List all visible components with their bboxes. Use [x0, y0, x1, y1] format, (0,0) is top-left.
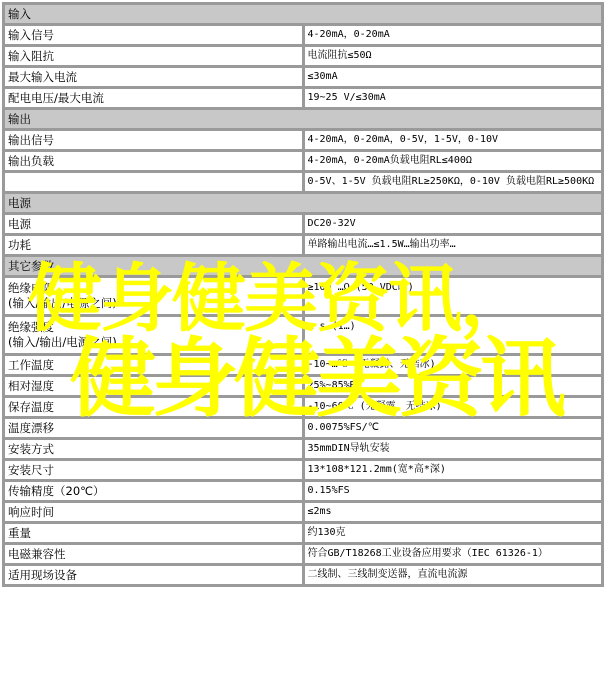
table-row: 输入阻抗 电流阻抗≤50Ω [4, 46, 603, 67]
table-row: 工作温度 -10~…℃ (无凝露、无结冰) [4, 355, 603, 376]
table-row: 绝缘电阻 (输入/输出/电源之间) ≥100 …Ω (50 VDC时) [4, 277, 603, 316]
section-header-power: 电源 [4, 193, 603, 214]
section-title: 其它参数 [4, 256, 603, 277]
table-row: 输出负载 4-20mA，0-20mA负载电阻RL≤400Ω [4, 151, 603, 172]
row-value-occluded: ≥100 …Ω (50 VDC时) [303, 277, 603, 316]
row-value-occluded: … s (1…) [303, 316, 603, 355]
section-header-input: 输入 [4, 4, 603, 25]
row-value: 4-20mA，0-20mA，0-5V，1-5V，0-10V [303, 130, 603, 151]
table-row: 电源 DC20-32V [4, 214, 603, 235]
row-label: 保存温度 [4, 397, 304, 418]
table-row: 输出信号 4-20mA，0-20mA，0-5V，1-5V，0-10V [4, 130, 603, 151]
section-header-output: 输出 [4, 109, 603, 130]
table-row: 响应时间 ≤2ms [4, 502, 603, 523]
row-label: 传输精度（20℃） [4, 481, 304, 502]
table-row: 电磁兼容性 符合GB/T18268工业设备应用要求（IEC 61326-1） [4, 544, 603, 565]
row-value: 19~25 V/≤30mA [303, 88, 603, 109]
table-row: 相对湿度 25%~85%RH [4, 376, 603, 397]
table-row: 安装方式 35mmDIN导轨安装 [4, 439, 603, 460]
table-row: 最大输入电流 ≤30mA [4, 67, 603, 88]
table-row: 重量 约130克 [4, 523, 603, 544]
row-label: 功耗 [4, 235, 304, 256]
row-label-line2: (输入/输出/电源之间) [8, 335, 299, 350]
row-value: 13*108*121.2mm(宽*高*深) [303, 460, 603, 481]
row-value: 符合GB/T18268工业设备应用要求（IEC 61326-1） [303, 544, 603, 565]
row-label: 响应时间 [4, 502, 304, 523]
row-label: 电磁兼容性 [4, 544, 304, 565]
section-title: 输入 [4, 4, 603, 25]
table-row: 安装尺寸 13*108*121.2mm(宽*高*深) [4, 460, 603, 481]
row-value: 电流阻抗≤50Ω [303, 46, 603, 67]
table-row: 输入信号 4-20mA，0-20mA [4, 25, 603, 46]
row-label: 安装方式 [4, 439, 304, 460]
spec-table: 输入 输入信号 4-20mA，0-20mA 输入阻抗 电流阻抗≤50Ω 最大输入… [2, 2, 604, 587]
row-label-line1: 绝缘电阻 [8, 281, 299, 296]
row-label: 温度漂移 [4, 418, 304, 439]
row-value: 35mmDIN导轨安装 [303, 439, 603, 460]
table-row: 适用现场设备 二线制、三线制变送器，直流电流源 [4, 565, 603, 586]
row-value: 4-20mA，0-20mA [303, 25, 603, 46]
table-row: 功耗 单路输出电流…≤1.5W…输出功率… [4, 235, 603, 256]
row-value: 0.15%FS [303, 481, 603, 502]
table-row: 绝缘强度 (输入/输出/电源之间) … s (1…) [4, 316, 603, 355]
row-value: 25%~85%RH [303, 376, 603, 397]
row-value: DC20-32V [303, 214, 603, 235]
row-value-occluded: -10~…℃ (无凝露、无结冰) [303, 355, 603, 376]
row-label: 绝缘电阻 (输入/输出/电源之间) [4, 277, 304, 316]
row-label: 输出负载 [4, 151, 304, 172]
row-label-line1: 绝缘强度 [8, 320, 299, 335]
section-title: 电源 [4, 193, 603, 214]
row-label [4, 172, 304, 193]
row-label: 相对湿度 [4, 376, 304, 397]
row-label-line2: (输入/输出/电源之间) [8, 296, 299, 311]
table-row: 温度漂移 0.0075%FS/℃ [4, 418, 603, 439]
section-header-other: 其它参数 [4, 256, 603, 277]
row-label: 工作温度 [4, 355, 304, 376]
row-label: 安装尺寸 [4, 460, 304, 481]
table-row: 0-5V、1-5V 负载电阻RL≥250KΩ，0-10V 负载电阻RL≥500K… [4, 172, 603, 193]
row-label: 输出信号 [4, 130, 304, 151]
row-label: 重量 [4, 523, 304, 544]
row-label: 电源 [4, 214, 304, 235]
table-row: 配电电压/最大电流 19~25 V/≤30mA [4, 88, 603, 109]
row-label: 最大输入电流 [4, 67, 304, 88]
row-value: 0-5V、1-5V 负载电阻RL≥250KΩ，0-10V 负载电阻RL≥500K… [303, 172, 603, 193]
row-label: 配电电压/最大电流 [4, 88, 304, 109]
row-label: 输入阻抗 [4, 46, 304, 67]
row-value: 0.0075%FS/℃ [303, 418, 603, 439]
row-label: 绝缘强度 (输入/输出/电源之间) [4, 316, 304, 355]
row-label: 输入信号 [4, 25, 304, 46]
row-value: 二线制、三线制变送器，直流电流源 [303, 565, 603, 586]
row-label: 适用现场设备 [4, 565, 304, 586]
table-row: 保存温度 -10~60℃ (无凝露、无结冰) [4, 397, 603, 418]
row-value: -10~60℃ (无凝露、无结冰) [303, 397, 603, 418]
section-title: 输出 [4, 109, 603, 130]
row-value-occluded: 单路输出电流…≤1.5W…输出功率… [303, 235, 603, 256]
row-value: ≤30mA [303, 67, 603, 88]
table-row: 传输精度（20℃） 0.15%FS [4, 481, 603, 502]
row-value: ≤2ms [303, 502, 603, 523]
row-value: 4-20mA，0-20mA负载电阻RL≤400Ω [303, 151, 603, 172]
row-value: 约130克 [303, 523, 603, 544]
